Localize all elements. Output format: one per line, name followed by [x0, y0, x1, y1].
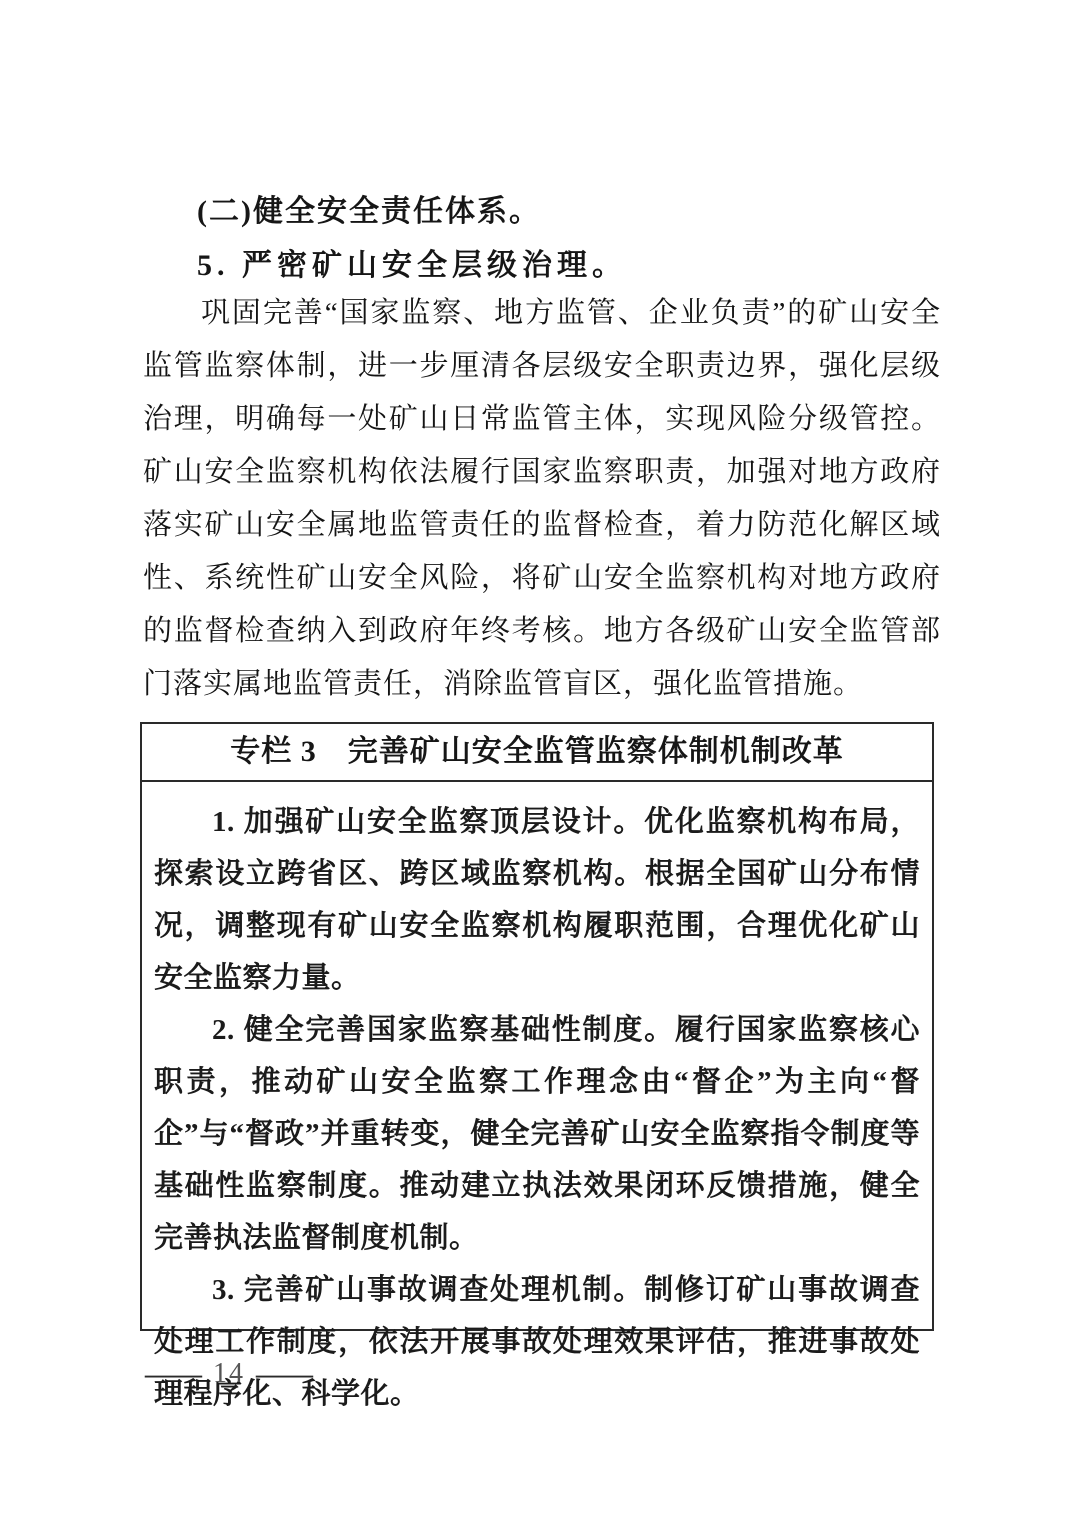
box-item-1: 1. 加强矿山安全监察顶层设计。优化监察机构布局，探索设立跨省区、跨区域监察机构… — [154, 796, 920, 1004]
box-item-3: 3. 完善矿山事故调查处理机制。制修订矿山事故调查处理工作制度，依法开展事故处理… — [154, 1264, 920, 1420]
callout-box: 专栏 3 完善矿山安全监管监察体制机制改革 1. 加强矿山安全监察顶层设计。优化… — [140, 722, 934, 1331]
callout-box-body: 1. 加强矿山安全监察顶层设计。优化监察机构布局，探索设立跨省区、跨区域监察机构… — [142, 782, 932, 1420]
sub-heading: 5. 严密矿山安全层级治理。 — [197, 240, 627, 284]
body-paragraph: 巩固完善“国家监察、地方监管、企业负责”的矿山安全监管监察体制，进一步厘清各层级… — [143, 287, 941, 711]
document-page: (二)健全安全责任体系。 5. 严密矿山安全层级治理。 巩固完善“国家监察、地方… — [0, 0, 1080, 1528]
section-heading: (二)健全安全责任体系。 — [197, 186, 541, 230]
box-item-2: 2. 健全完善国家监察基础性制度。履行国家监察核心职责，推动矿山安全监察工作理念… — [154, 1004, 920, 1264]
footer-left-dash: — — [145, 1359, 202, 1390]
callout-box-title: 专栏 3 完善矿山安全监管监察体制机制改革 — [142, 724, 932, 782]
page-footer: — 14 — — [160, 1358, 298, 1390]
page-number: 14 — [213, 1358, 245, 1390]
footer-right-dash: — — [256, 1359, 313, 1390]
